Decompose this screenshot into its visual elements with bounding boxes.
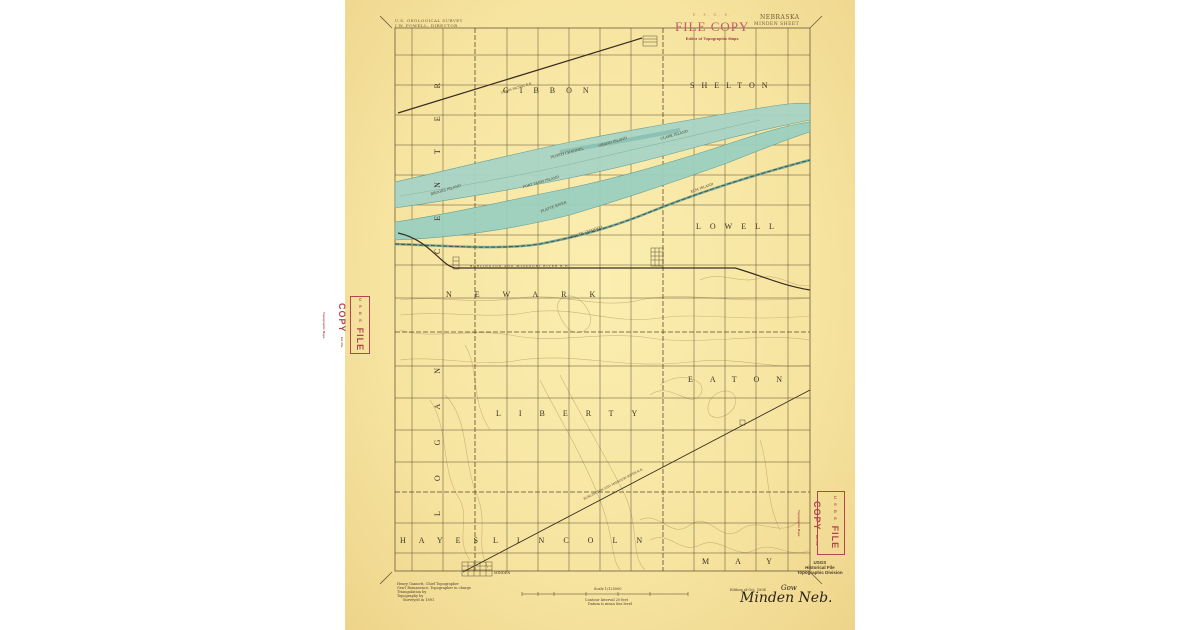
sheet-label: MINDEN SHEET: [754, 22, 799, 27]
handwritten-signature: Minden Neb.: [740, 590, 833, 606]
township-may: MAY: [702, 557, 798, 566]
stamp-file-copy: FILE COPY: [675, 21, 749, 33]
label-railroad-middle: BURLINGTON AND MISSOURI RIVER R.R.: [470, 264, 571, 268]
stamp-usgs: U S G S: [358, 298, 363, 323]
township-logan: LOGAN: [433, 338, 442, 516]
township-newark: NEWARK: [446, 290, 618, 299]
scale-bar: [522, 592, 688, 596]
township-lincoln: LINCOLN: [493, 536, 661, 545]
credit-line-5: Surveyed in 1891: [403, 598, 434, 602]
township-shelton: SHELTON: [690, 81, 775, 90]
file-copy-stamp-top: U. S. G. S. FILE COPY Editor of Topograp…: [675, 9, 749, 45]
director-label: J.W. POWELL, DIRECTOR: [395, 23, 458, 28]
file-copy-stamp-left: U S G S FILE COPY Ed. Div. Topographic M…: [350, 296, 370, 354]
township-eaton: EATON: [688, 375, 799, 384]
historical-file-stamp: USGS Historical File Topographic Divisio…: [797, 560, 843, 575]
scale-label: Scale 1/125000: [594, 587, 622, 591]
township-center: CENTER: [433, 55, 442, 254]
datum-label: Datum is mean Sea level: [588, 602, 632, 606]
township-lowell: LOWELL: [696, 222, 783, 231]
state-label: NEBRASKA: [760, 15, 800, 20]
hist-line3: Topographic Division: [797, 570, 843, 575]
file-copy-stamp-right: U S G S FILE COPY Ed. Div. Topographic M…: [817, 491, 845, 555]
towns: [453, 36, 745, 576]
stamp-usgs: U S G S: [833, 496, 838, 521]
contour-lines: [400, 276, 810, 570]
label-town-minden: MINDEN: [494, 571, 510, 575]
township-hayes: HAYES: [400, 536, 491, 545]
stamp-editor: Editor of Topographic Maps: [675, 33, 749, 45]
township-liberty: LIBERTY: [496, 409, 655, 418]
